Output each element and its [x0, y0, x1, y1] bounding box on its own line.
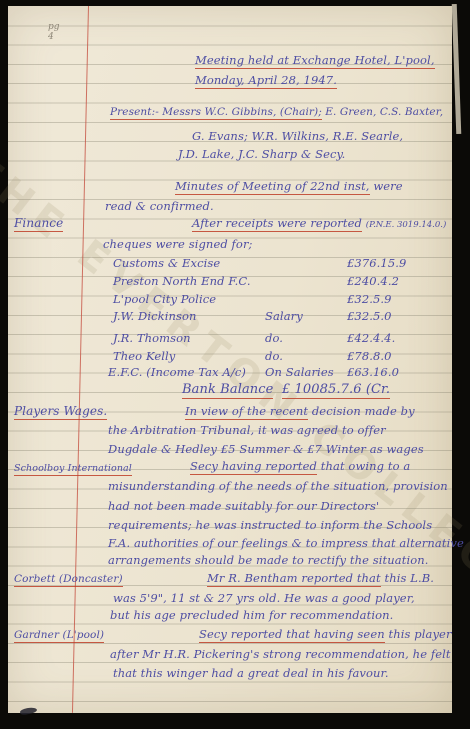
margin-heading-gardner: Gardner (L'pool)	[14, 628, 104, 642]
schoolboy-line-3: had not been made suitably for our Direc…	[108, 499, 379, 513]
cheque-payee: L'pool City Police	[113, 292, 216, 306]
gardner-line-1: Secy reported that having seen this play…	[199, 627, 452, 641]
cheque-payee: Theo Kelly	[113, 349, 175, 363]
cheque-row: J.R. Thomson do. £42.4.4.	[8, 331, 452, 347]
bank-balance-label: Bank Balance	[182, 382, 273, 399]
gardner-line-3: that this winger had a great deal in his…	[113, 666, 389, 680]
finance-intro-line: After receipts were reported (P.N.E. 301…	[192, 216, 446, 232]
schoolboy-line-6: arrangements should be made to rectify t…	[108, 553, 429, 567]
margin-heading-corbett: Corbett (Doncaster)	[14, 572, 123, 586]
players-wages-line-1: In view of the recent decision made by	[185, 404, 415, 418]
cheque-row: L'pool City Police £32.5.9	[8, 292, 452, 308]
players-wages-line-2: the Arbitration Tribunal, it was agreed …	[108, 423, 386, 437]
attendees-line-3: J.D. Lake, J.C. Sharp & Secy.	[178, 147, 345, 161]
attendees-line-2: G. Evans; W.R. Wilkins, R.E. Searle,	[192, 129, 403, 143]
cheque-amount: £32.5.0	[347, 309, 392, 323]
cheque-row: Preston North End F.C. £240.4.2	[8, 274, 452, 290]
cheque-detail: do.	[265, 331, 283, 345]
gardner-line-2: after Mr H.R. Pickering's strong recomme…	[110, 647, 451, 661]
schoolboy-line-2: misunderstanding of the needs of the sit…	[108, 479, 448, 493]
cheque-amount: £376.15.9	[347, 256, 406, 270]
margin-heading-finance: Finance	[14, 216, 63, 230]
ink-smudge	[20, 707, 38, 716]
cheque-payee: J.R. Thomson	[113, 331, 191, 345]
cheque-payee: Preston North End F.C.	[113, 274, 251, 288]
gardner-rest: this player	[385, 627, 452, 641]
margin-heading-schoolboy-text: Schoolboy International	[14, 463, 132, 476]
margin-heading-players-wages: Players Wages.	[14, 404, 107, 418]
minutes-confirm-line-2: read & confirmed.	[105, 199, 214, 213]
corbett-line-1: Mr R. Bentham reported that this L.B.	[207, 571, 434, 585]
schoolboy-line-4: requirements; he was instructed to infor…	[108, 518, 432, 532]
margin-heading-finance-text: Finance	[14, 216, 63, 232]
attendees-line-1: Present:- Messrs W.C. Gibbins, (Chair); …	[110, 105, 443, 119]
schoolboy-line-1: Secy having reported that owing to a	[190, 459, 410, 473]
attendees-rest: E. Green, C.S. Baxter,	[322, 106, 443, 118]
meeting-title-text-1: Meeting held at Exchange Hotel, L'pool,	[195, 53, 435, 69]
notebook-page: THE EVERTON COLLECTION pg 4 Meeting held…	[8, 6, 452, 713]
players-wages-rest: decision made by	[308, 404, 415, 418]
minutes-confirm-rest: were	[370, 179, 403, 193]
cheque-detail: do.	[265, 349, 283, 363]
margin-heading-corbett-text: Corbett (Doncaster)	[14, 573, 123, 587]
margin-heading-gardner-text: Gardner (L'pool)	[14, 629, 104, 643]
cheque-amount: £63.16.0	[347, 365, 399, 379]
minutes-confirm-underlined: Minutes of Meeting of 22nd inst,	[175, 179, 370, 195]
cheque-amount: £32.5.9	[347, 292, 392, 306]
scanned-minutes-screenshot: { "page_note": "pg\n4", "watermark": "TH…	[0, 0, 470, 729]
margin-heading-schoolboy: Schoolboy International	[14, 462, 132, 476]
cheque-payee: E.F.C. (Income Tax A/c)	[108, 365, 246, 379]
cheque-row: E.F.C. (Income Tax A/c) On Salaries £63.…	[8, 365, 452, 381]
cheque-amount: £240.4.2	[347, 274, 399, 288]
corbett-line-2: was 5'9", 11 st & 27 yrs old. He was a g…	[113, 591, 415, 605]
cheque-payee: J.W. Dickinson	[113, 309, 197, 323]
corbett-rest: this L.B.	[381, 571, 434, 585]
cheque-amount: £78.8.0	[347, 349, 392, 363]
bank-balance-amount: £ 10085.7.6 (Cr.	[282, 382, 390, 399]
meeting-title-text-2: Monday, April 28, 1947.	[195, 73, 337, 89]
players-wages-underlined: In view of the recent	[185, 404, 308, 420]
pencil-page-note: pg 4	[48, 22, 60, 43]
corbett-underlined: Mr R. Bentham reported that	[207, 571, 381, 587]
corbett-line-3: but his age precluded him for recommenda…	[110, 608, 393, 622]
gardner-underlined: Secy reported that having seen	[199, 627, 385, 643]
cheque-row: J.W. Dickinson Salary £32.5.0	[8, 309, 452, 325]
meeting-title-line-1: Meeting held at Exchange Hotel, L'pool,	[195, 53, 435, 67]
schoolboy-line-5: F.A. authorities of our feelings & to im…	[108, 536, 464, 550]
meeting-title-line-2: Monday, April 28, 1947.	[195, 73, 337, 87]
players-wages-line-3: Dugdale & Hedley £5 Summer & £7 Winter a…	[108, 442, 424, 456]
schoolboy-rest: that owing to a	[317, 459, 410, 473]
bank-balance-line: Bank Balance £ 10085.7.6 (Cr.	[182, 383, 390, 397]
attendees-underlined: Present:- Messrs W.C. Gibbins, (Chair);	[110, 106, 322, 120]
cheque-detail: On Salaries	[265, 365, 334, 379]
cheque-detail: Salary	[265, 309, 303, 323]
margin-heading-players-wages-text: Players Wages.	[14, 404, 107, 420]
finance-intro-underlined: After receipts were reported	[192, 216, 362, 232]
finance-receipts-note: (P.N.E. 3019.14.0.)	[366, 220, 447, 230]
cheque-row: Customs & Excise £376.15.9	[8, 256, 452, 272]
cheque-row: Theo Kelly do. £78.8.0	[8, 349, 452, 365]
minutes-confirm-line-1: Minutes of Meeting of 22nd inst, were	[175, 179, 403, 193]
cheque-amount: £42.4.4.	[347, 331, 395, 345]
finance-cheques-intro: cheques were signed for;	[103, 237, 253, 251]
adjacent-page-edge	[452, 4, 462, 134]
schoolboy-underlined: Secy having reported	[190, 459, 317, 475]
cheque-payee: Customs & Excise	[113, 256, 220, 270]
